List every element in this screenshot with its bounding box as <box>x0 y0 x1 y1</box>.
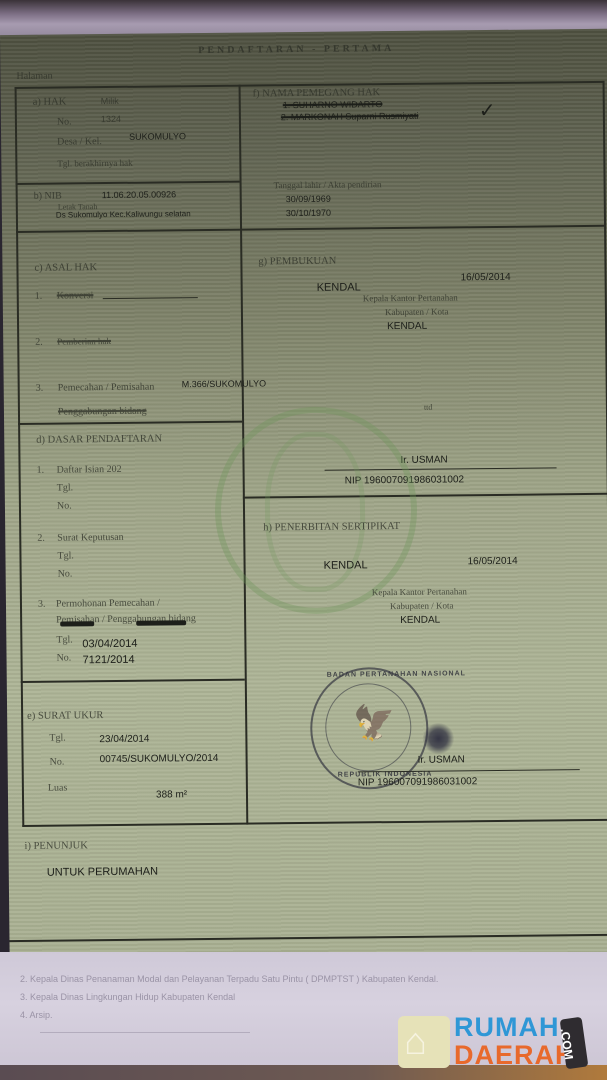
ttd-mark: ttd <box>424 403 433 412</box>
asal-item-2-label: Pemberian hak <box>57 336 111 347</box>
section-c-header: c) ASAL HAK <box>34 262 97 274</box>
logo-box: ⌂ <box>398 1016 450 1068</box>
asal-item-3-num: 3. <box>36 383 44 394</box>
pembukuan-place: KENDAL <box>317 281 361 293</box>
divider-a-b <box>16 181 240 185</box>
dasar-item-2-label: Surat Keputusan <box>57 532 124 544</box>
tgl-berakhir-label: Tgl. berakhirnya hak <box>57 158 132 169</box>
logo-com-text: .COM <box>558 1028 576 1061</box>
pembukuan-date: 16/05/2014 <box>461 272 511 284</box>
redaction-scribble-2 <box>136 620 186 626</box>
footer-line-3: 4. Arsip. <box>20 1010 53 1020</box>
dasar-item-3-no-label: No. <box>56 652 71 663</box>
footer-rule <box>40 1032 250 1033</box>
divider-row-bottom <box>22 819 607 827</box>
birth-date-1: 30/09/1969 <box>286 194 331 204</box>
garuda-emblem-icon: 🦅 <box>353 703 396 743</box>
pembukuan-office-1: Kepala Kantor Pertanahan <box>363 292 458 303</box>
stamp-text-top: BADAN PERTANAHAN NASIONAL <box>327 670 466 678</box>
divider-row1 <box>16 225 606 233</box>
penunjuk-value: UNTUK PERUMAHAN <box>47 866 158 879</box>
penggabungan-label: Penggabungan bidang <box>58 406 147 418</box>
frame-right <box>603 81 607 821</box>
penerbitan-place: KENDAL <box>324 559 368 571</box>
surat-ukur-no-label: No. <box>50 757 65 768</box>
surat-ukur-no-value: 00745/SUKOMULYO/2014 <box>100 753 219 765</box>
penerbitan-nip: NIP 196007091986031002 <box>358 776 477 788</box>
luas-value: 388 m² <box>156 789 187 800</box>
frame-left <box>15 87 24 827</box>
pembukuan-city: KENDAL <box>387 321 427 332</box>
certificate-page: PENDAFTARAN - PERTAMA Halaman a) HAK Mil… <box>0 29 607 960</box>
section-f-header: f) NAMA PEMEGANG HAK <box>253 87 381 99</box>
dasar-item-1-tgl: Tgl. <box>57 482 74 493</box>
section-i-header: i) PENUNJUK <box>24 840 87 852</box>
asal-item-1-num: 1. <box>35 291 43 302</box>
footer-line-2: 3. Kepala Dinas Lingkungan Hidup Kabupat… <box>20 992 235 1002</box>
letak-value: Ds Sukomulyo Kec.Kaliwungu selatan <box>56 209 191 219</box>
document-title: PENDAFTARAN - PERTAMA <box>198 43 394 56</box>
pembukuan-official-name: Ir. USMAN <box>400 454 447 465</box>
penerbitan-city: KENDAL <box>400 615 440 626</box>
dasar-item-3-num: 3. <box>38 599 46 610</box>
signature-mark <box>422 722 454 754</box>
luas-label: Luas <box>48 782 68 793</box>
divider-i-bottom <box>9 934 607 942</box>
section-e-header: e) SURAT UKUR <box>27 710 103 722</box>
asal-item-1-strike <box>103 297 198 299</box>
logo-text-bottom: DAERAH <box>454 1040 576 1071</box>
no-value: 1324 <box>101 114 121 124</box>
section-a-header: a) HAK <box>33 96 67 107</box>
nib-label: b) NIB <box>34 191 62 202</box>
tanggal-lahir-label: Tanggal lahir / Akta pendirian <box>274 179 382 190</box>
holder-1: 1. SUHARNO WIDARTO <box>283 99 383 110</box>
hak-value: Milik <box>101 96 119 106</box>
penerbitan-office-2: Kabupaten / Kota <box>390 600 454 611</box>
check-mark-icon: ✓ <box>479 98 496 123</box>
pembukuan-office-2: Kabupaten / Kota <box>385 306 449 317</box>
dasar-item-3-no-value: 7121/2014 <box>83 654 135 667</box>
dasar-item-1-label: Daftar Isian 202 <box>57 464 122 476</box>
asal-item-2-num: 2. <box>35 337 43 348</box>
footer-line-1: 2. Kepala Dinas Penanaman Modal dan Pela… <box>20 974 438 984</box>
dasar-item-2-num: 2. <box>37 533 45 544</box>
birth-date-2: 30/10/1970 <box>286 208 331 218</box>
logo-text-top: RUMAH <box>454 1012 560 1043</box>
desa-label: Desa / Kel. <box>57 136 102 147</box>
house-icon: ⌂ <box>404 1018 427 1066</box>
dasar-item-1-num: 1. <box>37 465 45 476</box>
dasar-item-2-tgl: Tgl. <box>57 550 74 561</box>
dasar-item-3-line1: Permohonan Pemecahan / <box>56 597 160 609</box>
redaction-scribble <box>60 621 94 626</box>
asal-item-3-label: Pemecahan / Pemisahan <box>58 382 155 394</box>
penerbitan-office-1: Kepala Kantor Pertanahan <box>372 586 467 597</box>
section-h-header: h) PENERBITAN SERTIPIKAT <box>263 521 400 533</box>
halaman-label: Halaman <box>16 71 52 82</box>
divider-d-e <box>21 679 245 683</box>
asal-item-3-value: M.366/SUKOMULYO <box>182 378 266 389</box>
no-label: No. <box>57 116 72 127</box>
dasar-item-1-no: No. <box>57 500 72 511</box>
penerbitan-date: 16/05/2014 <box>467 556 517 568</box>
surat-ukur-tgl-value: 23/04/2014 <box>99 734 149 746</box>
penerbitan-official-name: Ir. USMAN <box>418 754 465 765</box>
section-d-header: d) DASAR PENDAFTARAN <box>36 433 162 445</box>
holder-2: 2. MARKONAH Suparni Rusmiyati <box>281 111 419 122</box>
dasar-item-3-tgl-label: Tgl. <box>56 634 73 645</box>
nib-value: 11.06.20.05.00926 <box>102 189 177 200</box>
dasar-item-2-no: No. <box>58 568 73 579</box>
asal-item-1-label: Konversi <box>57 290 94 301</box>
desa-value: SUKOMULYO <box>129 131 186 142</box>
dasar-item-3-tgl-value: 03/04/2014 <box>82 638 137 651</box>
surat-ukur-tgl-label: Tgl. <box>49 732 66 743</box>
section-g-header: g) PEMBUKUAN <box>258 256 336 268</box>
divider-c-d <box>18 421 242 425</box>
